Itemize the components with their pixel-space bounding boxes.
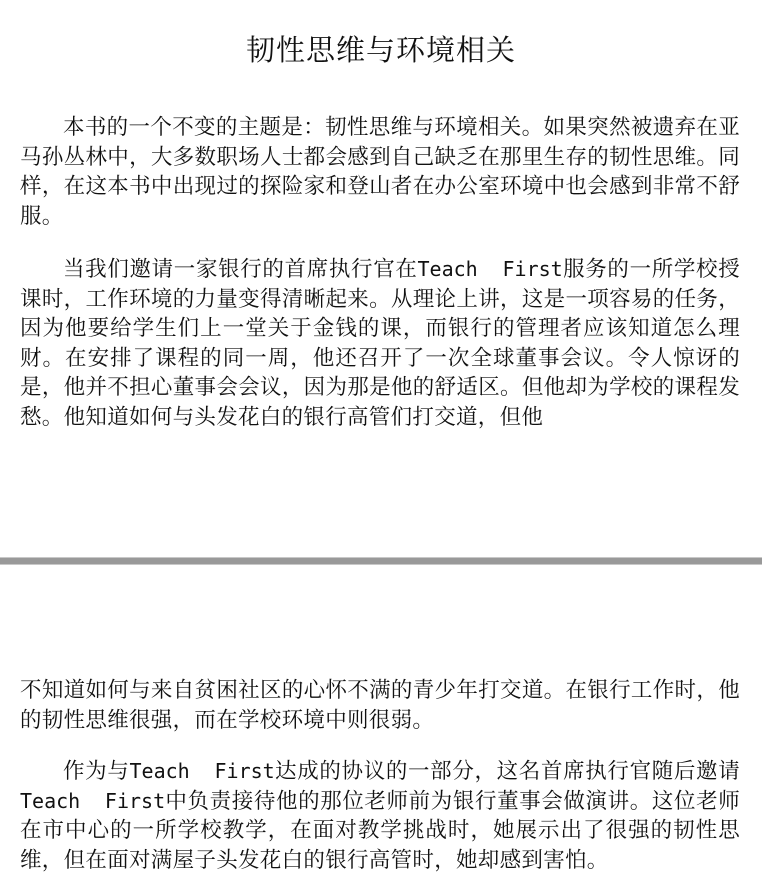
page-separator <box>0 557 762 565</box>
text-segment: 作为与 <box>63 759 129 784</box>
document-page-1: 韧性思维与环境相关 本书的一个不变的主题是：韧性思维与环境相关。如果突然被遗弃在… <box>0 0 762 557</box>
text-segment: 当我们邀请一家银行的首席执行官在 <box>63 257 418 282</box>
document-page-2: 不知道如何与来自贫困社区的心怀不满的青少年打交道。在银行工作时，他的韧性思维很强… <box>0 565 762 876</box>
org-name-teach-first: Teach First <box>20 789 165 813</box>
paragraph-continuation: 不知道如何与来自贫困社区的心怀不满的青少年打交道。在银行工作时，他的韧性思维很强… <box>20 676 740 735</box>
org-name-teach-first: Teach First <box>418 257 563 281</box>
org-name-teach-first: Teach First <box>129 759 274 783</box>
chapter-title: 韧性思维与环境相关 <box>0 30 762 70</box>
text-segment: 达成的协议的一部分，这名首席执行官随后邀请 <box>275 759 740 784</box>
paragraph-bank-ceo: 当我们邀请一家银行的首席执行官在Teach First服务的一所学校授课时，工作… <box>20 255 740 433</box>
text-segment: 服务的一所学校授课时，工作环境的力量变得清晰起来。从理论上讲，这是一项容易的任务… <box>20 257 740 430</box>
paragraph-theme: 本书的一个不变的主题是：韧性思维与环境相关。如果突然被遗弃在亚马孙丛林中，大多数… <box>20 113 740 231</box>
paragraph-teacher-presentation: 作为与Teach First达成的协议的一部分，这名首席执行官随后邀请Teach… <box>20 757 740 875</box>
